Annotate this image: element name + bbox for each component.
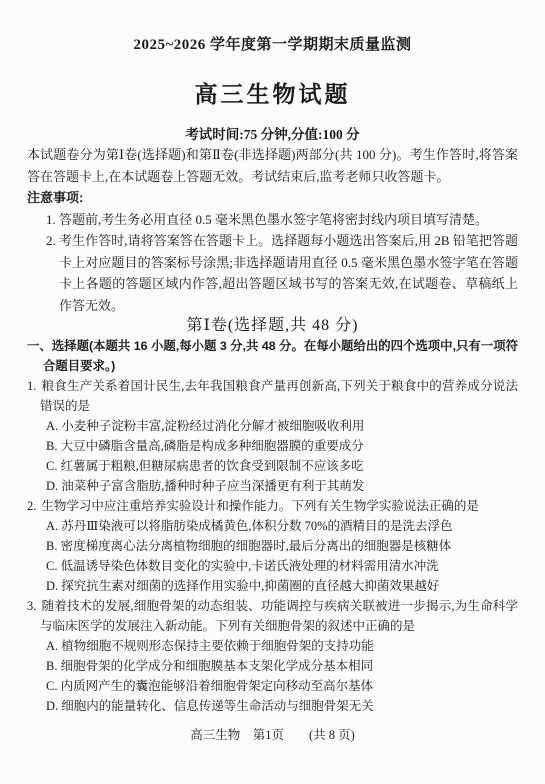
question-stem: 2.生物学习中应注重培养实验设计和操作能力。下列有关生物学实验说法正确的是 bbox=[27, 496, 518, 516]
section-heading: 第Ⅰ卷(选择题,共 48 分) bbox=[27, 316, 518, 336]
exam-info-line: 考试时间:75 分钟,分值:100 分 bbox=[27, 126, 518, 144]
notice-title: 注意事项: bbox=[27, 187, 518, 209]
question-option: A. 植物细胞不规则形态保持主要依赖于细胞骨架的支持功能 bbox=[27, 636, 518, 656]
question-stem: 1.粮食生产关系着国计民生,去年我国粮食产量再创新高,下列关于粮食中的营养成分说… bbox=[27, 376, 518, 416]
question-number: 3. bbox=[27, 599, 36, 613]
question-option: A. 苏丹Ⅲ染液可以将脂肪染成橘黄色,体积分数 70%的酒精目的是洗去浮色 bbox=[27, 516, 518, 536]
notice-item: 1. 答题前,考生务必用直径 0.5 毫米黑色墨水签字笔将密封线内项目填写清楚。 bbox=[27, 209, 518, 231]
question-option: B. 密度梯度离心法分离植物细胞的细胞器时,最后分离出的细胞器是核糖体 bbox=[27, 536, 518, 556]
question-stem-text: 生物学习中应注重培养实验设计和操作能力。下列有关生物学实验说法正确的是 bbox=[41, 499, 479, 513]
preamble-paragraph: 本试题卷分为第Ⅰ卷(选择题)和第Ⅱ卷(非选择题)两部分(共 100 分)。考生作… bbox=[27, 144, 518, 187]
exam-title: 高三生物试题 bbox=[27, 80, 518, 110]
question-option: C. 内质网产生的囊泡能够沿着细胞骨架定向移动至高尔基体 bbox=[27, 676, 518, 696]
question-option: B. 细胞骨架的化学成分和细胞膜基本支架化学成分基本相同 bbox=[27, 656, 518, 676]
question-number: 1. bbox=[27, 379, 36, 393]
exam-paper-page: 2025~2026 学年度第一学期期末质量监测 高三生物试题 考试时间:75 分… bbox=[0, 0, 545, 784]
question-3: 3.随着技术的发展,细胞骨架的动态组装、功能调控与疾病关联被进一步揭示,为生命科… bbox=[27, 596, 518, 716]
question-option: C. 红薯属于粗粮,但糖尿病患者的饮食受到限制不应该多吃 bbox=[27, 456, 518, 476]
question-stem-text: 粮食生产关系着国计民生,去年我国粮食产量再创新高,下列关于粮食中的营养成分说法错… bbox=[40, 379, 518, 413]
question-number: 2. bbox=[27, 499, 36, 513]
question-option: C. 低温诱导染色体数目变化的实验中,卡诺氏液处理的材料需用清水冲洗 bbox=[27, 556, 518, 576]
question-option: D. 细胞内的能量转化、信息传递等生命活动与细胞骨架无关 bbox=[27, 696, 518, 716]
question-option: A. 小麦种子淀粉丰富,淀粉经过消化分解才被细胞吸收利用 bbox=[27, 416, 518, 436]
question-stem-text: 随着技术的发展,细胞骨架的动态组装、功能调控与疾病关联被进一步揭示,为生命科学与… bbox=[40, 599, 518, 633]
section-instruction: 一、选择题(本题共 16 小题,每小题 3 分,共 48 分。在每小题给出的四个… bbox=[27, 336, 518, 376]
exam-session-line: 2025~2026 学年度第一学期期末质量监测 bbox=[27, 36, 518, 54]
page-footer: 高三生物 第1页 (共 8 页) bbox=[27, 726, 518, 744]
question-option: D. 油菜种子富含脂肪,播种时种子应当深播更有利于其萌发 bbox=[27, 476, 518, 496]
notice-item: 2. 考生作答时,请将答案答在答题卡上。选择题每小题选出答案后,用 2B 铅笔把… bbox=[27, 230, 518, 316]
question-option: B. 大豆中磷脂含量高,磷脂是构成多种细胞器膜的重要成分 bbox=[27, 436, 518, 456]
question-2: 2.生物学习中应注重培养实验设计和操作能力。下列有关生物学实验说法正确的是 A.… bbox=[27, 496, 518, 596]
question-stem: 3.随着技术的发展,细胞骨架的动态组装、功能调控与疾病关联被进一步揭示,为生命科… bbox=[27, 596, 518, 636]
question-option: D. 探究抗生素对细菌的选择作用实验中,抑菌圈的直径越大抑菌效果越好 bbox=[27, 576, 518, 596]
question-1: 1.粮食生产关系着国计民生,去年我国粮食产量再创新高,下列关于粮食中的营养成分说… bbox=[27, 376, 518, 496]
